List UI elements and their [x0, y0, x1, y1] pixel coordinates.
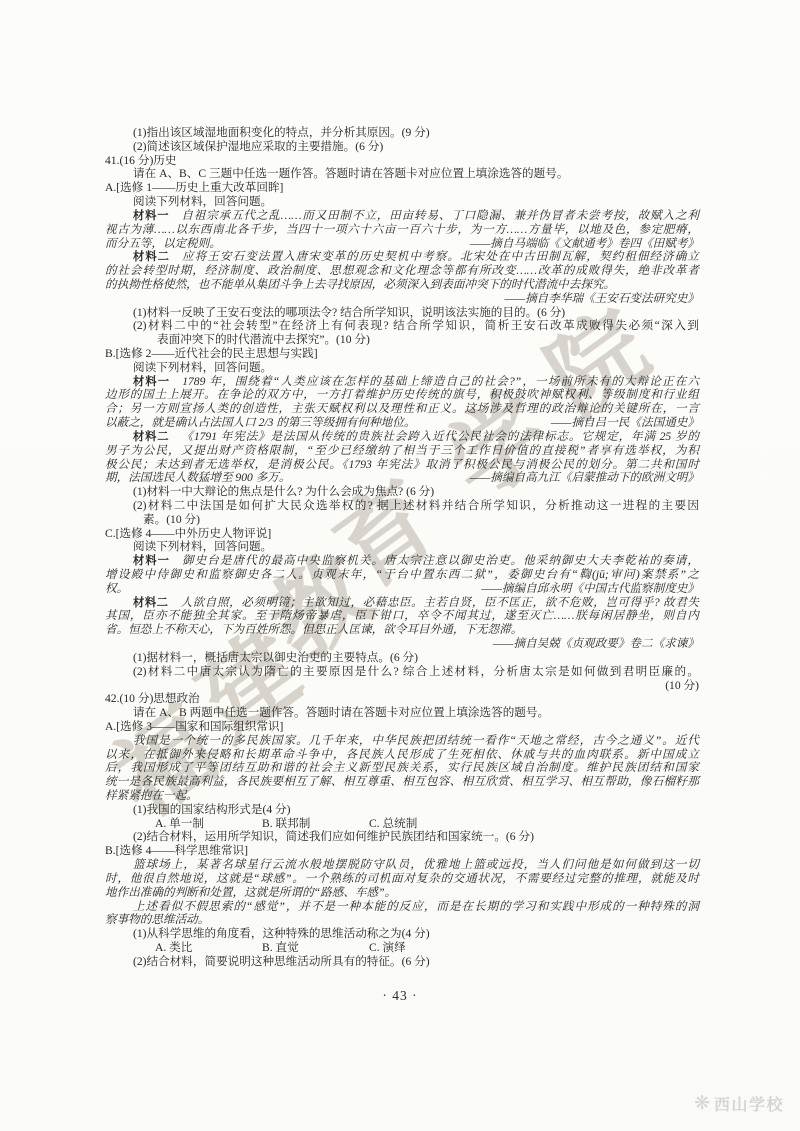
text-line: (1)材料一反映了王安石变法的哪项法令? 结合所学知识，说明该法实施的目的。(6…: [105, 306, 699, 320]
text-line: 察事物的思维活动。: [105, 913, 699, 927]
text-line: 材料二《1791 年宪法》是法国从传统的贵族社会跨入近代公民社会的法律标志。它规…: [105, 430, 699, 444]
text-line: 请在 A、B、C 三题中任选一题作答。答题时请在答题卡对应位置上填涂选答的题号。: [105, 167, 699, 181]
text-line: 的社会转型时期，经济制度、政治制度、思想观念和文化理念等都有所改变……改革的成败…: [105, 264, 699, 278]
material-label: 材料一: [133, 210, 169, 222]
text-line: 边形的国土上展开。在争论的双方中，一方打着维护历史传统的旗号，积极鼓吹神赋权利、…: [105, 388, 699, 402]
text-line: (2)材料二中唐太宗认为隋亡的主要原因是什么? 综合上述材料，分析唐太宗是如何做…: [105, 665, 699, 679]
citation: ——摘编自邱永明《中国古代监察制度史》: [481, 582, 699, 596]
material-label: 材料二: [133, 431, 169, 443]
text-line: 篮球场上，某著名球星行云流水般地摆脱防守队员，优雅地上篮或远投，当人们问他是如何…: [105, 858, 699, 872]
choice-option: B. 联邦制: [262, 817, 369, 831]
line-text: 权。: [105, 582, 128, 596]
text-line: 其国，臣亦不能独全其家。至于隋炀帝暴虐，臣下钳口，卒令不闻其过，遂至灭亡……朕每…: [105, 609, 699, 623]
text-line: 地作出准确的判断和处置，这就是所谓的“路感、车感”。: [105, 886, 699, 900]
text-line: 材料二应将王安石变法置入唐宋变革的历史契机中考察。北宋处在中古田制瓦解，契约租佃…: [105, 250, 699, 264]
text-line: C.[选修 4——中外历史人物评说]: [105, 527, 699, 541]
text-line: (2)结合材料，简要说明这种思维活动所具有的特征。(6 分): [105, 955, 699, 969]
text-line: 期，法国选民人数猛增至 900 多万。——摘编自高九江《启蒙推动下的欧洲文明》: [105, 471, 699, 485]
text-line: 我国是一个统一的多民族国家。几千年来，中华民族把团结统一看作“天地之常经，古今之…: [105, 734, 699, 748]
text-line: 省。恒恐上不称天心，下为百姓所怨。但思正人匡谏，欲令耳目外通，下无怨滞。: [105, 623, 699, 637]
text-line: 极公民；未达到者无选举权，是消极公民。《1793 年宪法》取消了积极公民与消极公…: [105, 458, 699, 472]
material-label: 材料二: [133, 597, 169, 609]
text-line: 材料一御史台是唐代的最高中央监察机关。唐太宗注意以御史治吏。他采纳御史大夫李乾祐…: [105, 554, 699, 568]
text-line: 上述看似不假思索的“感觉”，并不是一种本能的反应，而是在长期的学习和实践中形成的…: [105, 900, 699, 914]
school-logo-text: 西山学校: [714, 1092, 784, 1115]
choice-option: B. 直觉: [262, 941, 369, 955]
text-line: (2)材料二中法国是如何扩大民众选举权的? 据上述材料并结合所学知识，分析推动这…: [105, 499, 699, 513]
text-line: 增设殿中侍御史和监察御史各二人。贞观末年，“于台中置东西二狱”，委御史台有“鞫(…: [105, 568, 699, 582]
text-line: 样紧紧抱在一起。: [105, 789, 699, 803]
text-line: 时，他很自然地说，这就是“球感”。一个熟练的司机面对复杂的交通状况，不需要经过完…: [105, 872, 699, 886]
citation: ——摘自吕一民《法国通史》: [551, 416, 699, 430]
text-line: A.[选修 1——历史上重大改革回眸]: [105, 181, 699, 195]
text-line: 请在 A、B 两题中任选一题作答。答题时请在答题卡对应位置上填涂选答的题号。: [105, 706, 699, 720]
text-line: B.[选修 4——科学思维常识]: [105, 844, 699, 858]
line-text: 期，法国选民人数猛增至 900 多万。: [105, 471, 291, 485]
text-line: 表面冲突下的时代潜流中去探究”。(10 分): [105, 333, 699, 347]
page-number: · 43 ·: [0, 988, 800, 1004]
choice-options-row: A. 类比B. 直觉C. 演绎: [105, 941, 699, 955]
material-label: 材料一: [133, 376, 170, 388]
text-line: 后，我国形成了平等团结互助和谐的社会主义新型民族关系，实行民族区域自治制度。维护…: [105, 761, 699, 775]
text-line: 材料一1789 年，围绕着“人类应该在怎样的基础上缔造自己的社会?”，一场前所未…: [105, 375, 699, 389]
text-line: (1)从科学思维的角度看，这种特殊的思维活动称之为(4 分): [105, 927, 699, 941]
choice-option: C. 演绎: [369, 941, 476, 955]
line-text: 而分五等，以定税则。: [105, 237, 221, 251]
exam-page: 福建教育学院 (1)指出该区域湿地面积变化的特点，并分析其原因。(9 分)(2)…: [0, 0, 800, 1131]
text-line: (2)结合材料，运用所学知识，简述我们应如何维护民族团结和国家统一。(6 分): [105, 830, 699, 844]
citation: ——摘编自高九江《启蒙推动下的欧洲文明》: [470, 471, 699, 485]
text-line: ——摘自李华瑞《王安石变法研究史》: [105, 292, 699, 306]
choice-option: A. 类比: [155, 941, 262, 955]
text-line: 的执拗性格使然，也不能单从集团斗争上去寻找原因，必须深入到表面冲突下的时代潜流中…: [105, 278, 699, 292]
school-logo: ❋ 西山学校: [694, 1092, 784, 1115]
text-line: (1)指出该区域湿地面积变化的特点，并分析其原因。(9 分): [105, 126, 699, 140]
text-line: (2)简述该区域保护湿地应采取的主要措施。(6 分): [105, 140, 699, 154]
choice-option: C. 总统制: [369, 817, 476, 831]
text-line: 以蔽之，就是确认占法国人口 2/3 的第三等级拥有何种地位。——摘自吕一民《法国…: [105, 416, 699, 430]
text-line: B.[选修 2——近代社会的民主思想与实践]: [105, 347, 699, 361]
text-line: 阅读下列材料，回答问题。: [105, 195, 699, 209]
choice-option: A. 单一制: [155, 817, 262, 831]
text-line: (1)材料一中大辩论的焦点是什么? 为什么会成为焦点? (6 分): [105, 485, 699, 499]
citation: ——摘自马端临《文献通考》卷四《田赋考》: [470, 237, 699, 251]
text-line: 41.(16 分)历史: [105, 154, 699, 168]
text-line: (1)据材料一，概括唐太宗以御史治吏的主要特点。(6 分): [105, 651, 699, 665]
text-line: 统一是各民族最高利益，各民族要相互了解、相互尊重、相互包容、相互欣赏、相互学习、…: [105, 775, 699, 789]
material-label: 材料一: [133, 555, 170, 567]
line-text: 以蔽之，就是确认占法国人口 2/3 的第三等级拥有何种地位。: [105, 416, 415, 430]
text-line: 素。(10 分): [105, 513, 699, 527]
text-line: (2)材料二中的“社会转型”在经济上有何表现? 结合所学知识，简析王安石改革成败…: [105, 319, 699, 333]
text-line: 阅读下列材料，回答问题。: [105, 361, 699, 375]
text-line: 而分五等，以定税则。——摘自马端临《文献通考》卷四《田赋考》: [105, 237, 699, 251]
text-line: (10 分): [105, 679, 699, 693]
text-line: (1)我国的国家结构形式是(4 分): [105, 803, 699, 817]
text-line: 阅读下列材料，回答问题。: [105, 540, 699, 554]
text-line: 合；另一方则宣扬人类的创造性，主张天赋权利以及理性和正义。这场涉及哲理的政治辩论…: [105, 402, 699, 416]
text-line: 权。——摘编自邱永明《中国古代监察制度史》: [105, 582, 699, 596]
text-line: 以来，在抵御外来侵略和长期革命斗争中，各民族人民形成了生死相依、休戚与共的血肉联…: [105, 748, 699, 762]
text-line: 材料二人欲自照，必须明镜；主欲知过，必藉忠臣。主若自贤，臣不匡正，欲不危败，岂可…: [105, 596, 699, 610]
school-logo-icon: ❋: [694, 1092, 710, 1115]
material-label: 材料二: [133, 251, 170, 263]
text-line: 42.(10 分)思想政治: [105, 692, 699, 706]
exam-text-block: (1)指出该区域湿地面积变化的特点，并分析其原因。(9 分)(2)简述该区域保护…: [105, 126, 699, 969]
text-line: 男子为公民，又提出财产资格限制，“至少已经缴纳了相当于三个工作日价值的直接税”者…: [105, 444, 699, 458]
text-line: ——摘自吴兢《贞观政要》卷二《求谏》: [105, 637, 699, 651]
choice-options-row: A. 单一制B. 联邦制C. 总统制: [105, 817, 699, 831]
text-line: 材料一自祖宗承五代之乱……而又田制不立，田亩转易、丁口隐漏、兼并伪冒者未尝考按，…: [105, 209, 699, 223]
text-line: 视古为薄……以东西南北各千步，当四十一项六十六亩一百六十步，为一方……方量毕，以…: [105, 223, 699, 237]
text-line: A.[选修 3——国家和国际组织常识]: [105, 720, 699, 734]
